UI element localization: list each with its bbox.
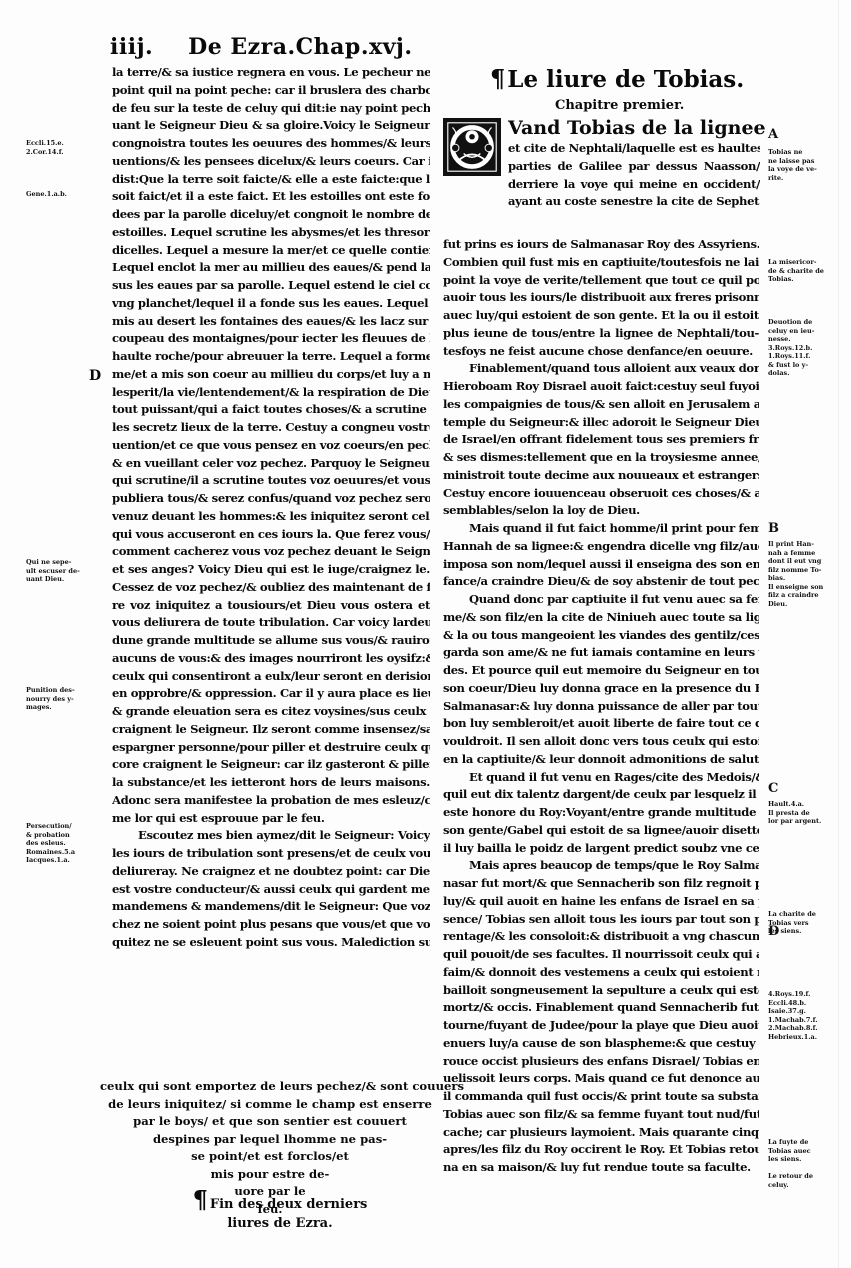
- marginal-note: La misericor-de & charite deTobias.: [768, 258, 824, 284]
- left-running-head: iiij. De Ezra.Chap.xvj.: [110, 34, 430, 60]
- floral-initial-t-icon: [445, 120, 499, 174]
- text-line: este honore du Roy:Voyant/entre grande m…: [443, 804, 759, 822]
- text-line: mandemens & mandemens/dit le Seigneur: Q…: [112, 898, 430, 916]
- marginal-note: 4.Roys.19.f.Eccli.48.b.Isaie.37.g.1.Mach…: [768, 990, 818, 1041]
- folio-number: iiij.: [110, 34, 180, 60]
- text-line: estoilles. Lequel scrutine les abysmes/e…: [112, 224, 430, 242]
- text-line: bailloit songneusement la sepulture a ce…: [443, 982, 759, 1000]
- text-line: garda son ame/& ne fut iamais contamine …: [443, 644, 759, 662]
- running-title: De Ezra.Chap.xvj.: [188, 34, 412, 60]
- text-line: uentions/& les pensees dicelux/& leurs c…: [112, 153, 430, 171]
- text-line: faim/& donnoit des vestemens a ceulx qui…: [443, 964, 759, 982]
- text-line: uention/et ce que vous pensez en voz coe…: [112, 437, 430, 455]
- marginal-note: Gene.1.a.b.: [26, 190, 104, 199]
- signature-letter: C: [768, 782, 778, 796]
- text-line: la terre/& sa iustice regnera en vous. L…: [112, 64, 430, 82]
- text-line: luy/& quil auoit en haine les enfans de …: [443, 893, 759, 911]
- text-line: mortz/& occis. Finablement quand Sennach…: [443, 999, 759, 1017]
- text-line: soit faict/et il a este faict. Et les es…: [112, 188, 430, 206]
- chapter-opening: Vand Tobias de la lignee et cite de Neph…: [508, 116, 760, 211]
- text-line: fut prins es iours de Salmanasar Roy des…: [443, 236, 759, 254]
- text-line: est vostre conducteur/& aussi ceulx qui …: [112, 881, 430, 899]
- text-line: apres/les filz du Roy occirent le Roy. E…: [443, 1141, 759, 1159]
- text-line: bon luy sembleroit/et auoit liberte de f…: [443, 715, 759, 733]
- text-line: nasar fut mort/& que Sennacherib son fil…: [443, 875, 759, 893]
- text-line: venuz deuant les hommes:& les iniquitez …: [112, 508, 430, 526]
- text-line: il commanda quil fust occis/& print tout…: [443, 1088, 759, 1106]
- marginal-note: Eccli.15.e. 2.Cor.14.f.: [26, 139, 104, 156]
- text-line: Hannah de sa lignee:& engendra dicelle v…: [443, 538, 759, 556]
- text-line: ministroit toute decime aux nouueaux et …: [443, 467, 759, 485]
- colophon: ¶Fin des deux derniers liures de Ezra.: [150, 1190, 410, 1233]
- left-text-column: la terre/& sa iustice regnera en vous. L…: [112, 64, 430, 952]
- text-line: la substance/et les ietteront hors de le…: [112, 774, 430, 792]
- text-line: sence/ Tobias sen alloit tous les iours …: [443, 911, 759, 929]
- marginal-note: Qui ne sepe- ult escuser de- uant Dieu.: [26, 558, 104, 584]
- text-line: en la captiuite/& leur donnoit admonitio…: [443, 751, 759, 769]
- marginal-note: Deuotion deceluy en ieu-nesse.3.Roys.12.…: [768, 318, 814, 378]
- text-line: les iours de tribulation sont presens/et…: [112, 845, 430, 863]
- text-line: Finablement/quand tous alloient aux veau…: [443, 360, 759, 378]
- text-line: de feu sur la teste de celuy qui dit:ie …: [112, 100, 430, 118]
- text-line: qui scrutine/il a scrutine toutes voz oe…: [112, 472, 430, 490]
- text-line: congnoistra toutes les oeuures des homme…: [112, 135, 430, 153]
- signature-letter: A: [768, 128, 778, 142]
- text-line: re voz iniquitez a tousiours/et Dieu vou…: [112, 597, 430, 615]
- text-line: tesfoys ne feist aucune chose denfance/e…: [443, 343, 759, 361]
- marginal-note: Hault.4.a.Il presta delor par argent.: [768, 800, 821, 826]
- text-line: dicelles. Lequel a mesure la mer/et ce q…: [112, 242, 430, 260]
- text-line: cache; car plusieurs laymoient. Mais qua…: [443, 1124, 759, 1142]
- text-line: comment cacherez vous voz pechez deuant …: [112, 543, 430, 561]
- marginal-note: La fuyte deTobias auecles siens.: [768, 1138, 811, 1164]
- text-line: vouldroit. Il sen alloit donc vers tous …: [443, 733, 759, 751]
- text-line: deliureray. Ne craignez et ne doubtez po…: [112, 863, 430, 881]
- text-line: mis au desert les fontaines des eaues/& …: [112, 313, 430, 331]
- text-line: Hieroboam Roy Disrael auoit faict:cestuy…: [443, 378, 759, 396]
- text-line: na en sa maison/& luy fut rendue toute s…: [443, 1159, 759, 1177]
- marginal-note: Punition des- nourry des y- mages.: [26, 686, 104, 712]
- text-line: & la ou tous mangeoient les viandes des …: [443, 627, 759, 645]
- text-line: me lor qui est esprouue par le feu.: [112, 810, 430, 828]
- text-line: Adonc sera manifestee la probation de me…: [112, 792, 430, 810]
- text-line: sus les eaues par sa parolle. Lequel est…: [112, 277, 430, 295]
- text-line: Mais apres beaucop de temps/que le Roy S…: [443, 857, 759, 875]
- text-line: me/et a mis son coeur au millieu du corp…: [112, 366, 430, 384]
- text-line: et ses anges? Voicy Dieu qui est le iuge…: [112, 561, 430, 579]
- text-line: Mais quand il fut faict homme/il print p…: [443, 520, 759, 538]
- text-line: son coeur/Dieu luy donna grace en la pre…: [443, 680, 759, 698]
- text-line: en opprobre/& oppression. Car il y aura …: [112, 685, 430, 703]
- text-line: Quand donc par captiuite il fut venu aue…: [443, 591, 759, 609]
- marginal-note: Le retour deceluy.: [768, 1172, 813, 1189]
- text-line: semblables/selon la loy de Dieu.: [443, 502, 759, 520]
- text-line: des. Et pource quil eut memoire du Seign…: [443, 662, 759, 680]
- text-line: auec luy/qui estoient de son gente. Et l…: [443, 307, 759, 325]
- text-line: publiera tous/& serez confus/quand voz p…: [112, 490, 430, 508]
- text-line: imposa son nom/lequel aussi il enseigna …: [443, 556, 759, 574]
- colophon-line: ¶Fin des deux derniers: [150, 1190, 410, 1214]
- pilcrow-icon: ¶: [490, 64, 505, 93]
- text-line: les compaignies de tous/& sen alloit en …: [443, 396, 759, 414]
- text-line: point la voye de verite/tellement que to…: [443, 272, 759, 290]
- signature-letter: D: [89, 368, 101, 384]
- text-line: dees par la parolle diceluy/et congnoit …: [112, 206, 430, 224]
- text-line: lesperit/la vie/lentendement/& la respir…: [112, 384, 430, 402]
- text-line: chez ne soient point plus pesans que vou…: [112, 916, 430, 934]
- text-line: Tobias auec son filz/& sa femme fuyant t…: [443, 1106, 759, 1124]
- text-line: & en vueillant celer voz pechez. Parquoy…: [112, 455, 430, 473]
- signature-letter: D: [768, 925, 779, 939]
- marginal-note: Tobias nene laisse pasla voye de ve-rite…: [768, 148, 817, 182]
- text-line: qui vous accuseront en ces iours la. Que…: [112, 526, 430, 544]
- book-title: ¶Le liure de Tobias.: [490, 64, 744, 93]
- text-line: core craignent le Seigneur: car ilz gast…: [112, 756, 430, 774]
- text-line: uant le Seigneur Dieu & sa gloire.Voicy …: [112, 117, 430, 135]
- text-line: Escoutez mes bien aymez/dit le Seigneur:…: [112, 827, 430, 845]
- text-line: quil eut dix talentz dargent/de ceulx pa…: [443, 786, 759, 804]
- text-line: uelissoit leurs corps. Mais quand ce fut…: [443, 1070, 759, 1088]
- text-line: Lequel enclot la mer au millieu des eaue…: [112, 259, 430, 277]
- text-line: tout puissant/qui a faict toutes choses/…: [112, 401, 430, 419]
- decorated-initial-icon: [443, 118, 501, 176]
- text-line: rouce occist plusieurs des enfans Disrae…: [443, 1053, 759, 1071]
- text-line: craignent le Seigneur. Ilz seront comme …: [112, 721, 430, 739]
- text-line: les secretz lieux de la terre. Cestuy a …: [112, 419, 430, 437]
- text-line: vng planchet/lequel il a fonde sus les e…: [112, 295, 430, 313]
- opening-words: Vand Tobias de la lignee: [508, 116, 760, 140]
- text-line: plus ieune de tous/entre la lignee de Ne…: [443, 325, 759, 343]
- marginal-note: Il print Han-nah a femmedont il eut vngf…: [768, 540, 823, 608]
- text-line: quitez ne se esleuent point sus vous. Ma…: [112, 934, 430, 952]
- right-text-column: fut prins es iours de Salmanasar Roy des…: [443, 236, 759, 1177]
- text-line: vous deliurera de toute tribulation. Car…: [112, 614, 430, 632]
- text-line: Combien quil fust mis en captiuite/toute…: [443, 254, 759, 272]
- text-line: ceulx qui consentiront a eulx/leur seron…: [112, 668, 430, 686]
- text-line: Salmanasar:& luy donna puissance de alle…: [443, 698, 759, 716]
- text-line: coupeau des montaignes/pour iecter les f…: [112, 330, 430, 348]
- text-line: me/& son filz/en la cite de Niniueh auec…: [443, 609, 759, 627]
- text-line: aucuns de vous:& des images nourriront l…: [112, 650, 430, 668]
- text-line: rentage/& les consoloit:& distribuoit a …: [443, 928, 759, 946]
- text-line: auoir tous les iours/le distribuoit aux …: [443, 289, 759, 307]
- colophon-line: liures de Ezra.: [150, 1214, 410, 1233]
- pilcrow-icon: ¶: [193, 1190, 208, 1209]
- text-line: & grande eleuation sera es citez voysine…: [112, 703, 430, 721]
- text-line: & ses dismes:tellement que en la troysie…: [443, 449, 759, 467]
- marginal-note: Persecution/ & probation des esleus. Rom…: [26, 822, 104, 865]
- page-edge: [838, 0, 839, 1268]
- book-page-spread: iiij. De Ezra.Chap.xvj. Eccli.15.e. 2.Co…: [0, 0, 851, 1268]
- text-line: de Israel/en offrant fidelement tous ses…: [443, 431, 759, 449]
- text-line: dist:Que la terre soit faicte/& elle a e…: [112, 171, 430, 189]
- text-line: espargner personne/pour piller et destru…: [112, 739, 430, 757]
- chapter-title: Chapitre premier.: [555, 98, 684, 113]
- text-line: tourne/fuyant de Judee/pour la playe que…: [443, 1017, 759, 1035]
- text-line: Cessez de voz pechez/& oubliez des maint…: [112, 579, 430, 597]
- signature-letter: B: [768, 522, 779, 536]
- text-line: temple du Seigneur:& illec adoroit le Se…: [443, 414, 759, 432]
- text-line: dune grande multitude se allume sus vous…: [112, 632, 430, 650]
- text-line: quil pouoit/de ses facultes. Il nourriss…: [443, 946, 759, 964]
- text-line: haulte roche/pour abreuuer la terre. Leq…: [112, 348, 430, 366]
- text-line: point quil na point peche: car il brusle…: [112, 82, 430, 100]
- text-line: il luy bailla le poidz de largent predic…: [443, 840, 759, 858]
- text-line: Cestuy encore iouuenceau obseruoit ces c…: [443, 485, 759, 503]
- text-line: fance/a craindre Dieu/& de soy abstenir …: [443, 573, 759, 591]
- text-line: enuers luy/a cause de son blaspheme:& qu…: [443, 1035, 759, 1053]
- text-line: son gente/Gabel qui estoit de sa lignee/…: [443, 822, 759, 840]
- text-line: Et quand il fut venu en Rages/cite des M…: [443, 769, 759, 787]
